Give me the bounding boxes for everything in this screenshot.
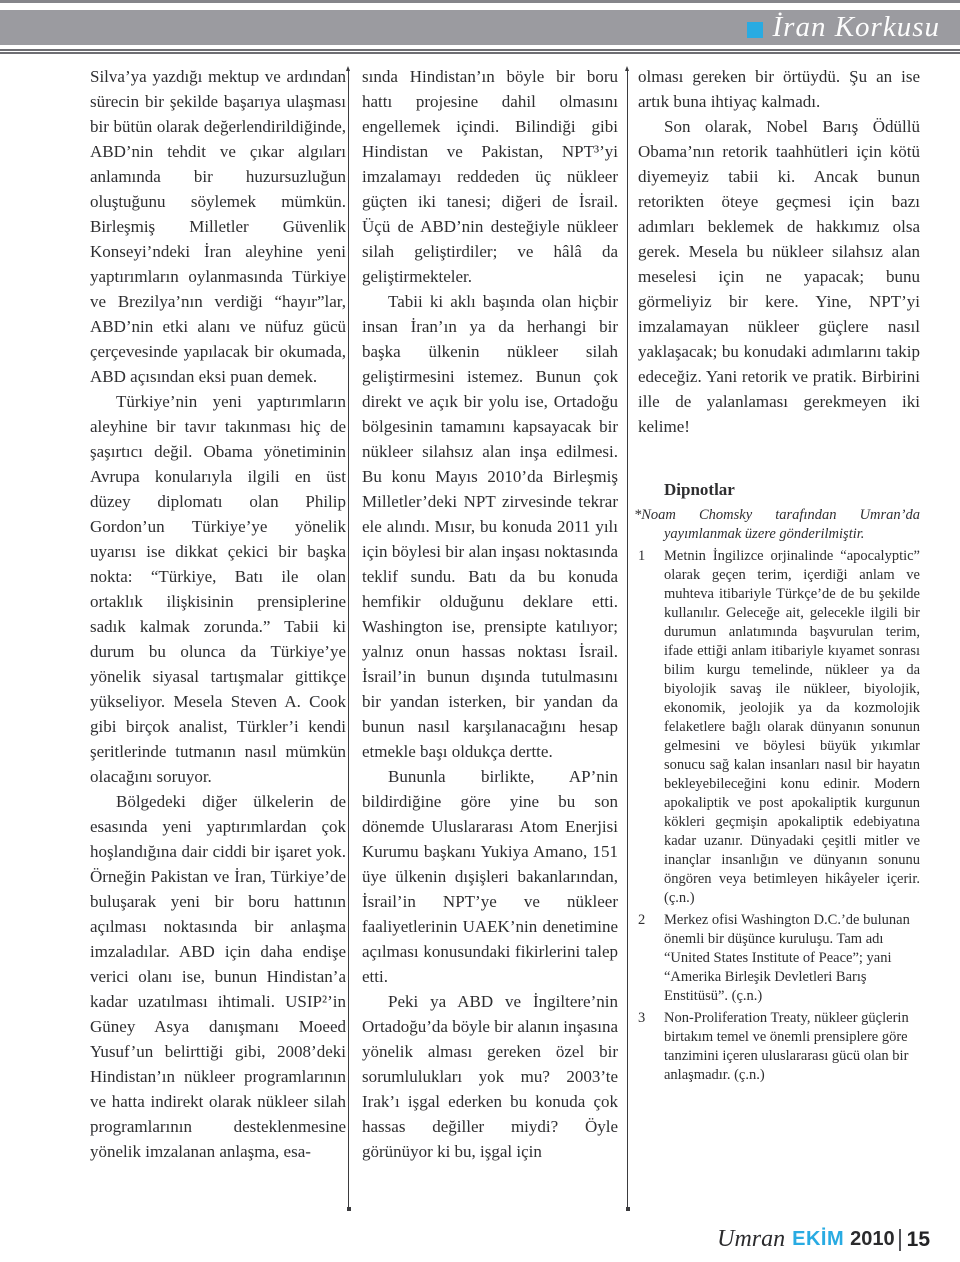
footnote-number: 3 <box>638 1009 664 1085</box>
paragraph: Bununla birlikte, AP’nin bildirdiğine gö… <box>362 764 618 989</box>
column-2: sında Hindistan’ın böyle bir boru hattı … <box>362 64 618 1164</box>
column-1: Silva’ya yazdığı mektup ve ardından süre… <box>90 64 346 1164</box>
top-rule <box>0 0 960 3</box>
page-footer: Umran EKİM 2010 15 <box>717 1226 930 1253</box>
footnote-item: 1 Metnin İngilizce orjinalinde “apocalyp… <box>638 547 920 908</box>
footnote-star: *Noam Chomsky tarafından Umran’da yayıml… <box>638 506 920 544</box>
magazine-page: İran Korkusu Silva’ya yazdığı mektup ve … <box>0 0 960 1262</box>
column-divider <box>627 70 628 1208</box>
paragraph: Türkiye’nin yeni yaptırımların aleyhine … <box>90 389 346 789</box>
header-underline-rule <box>0 49 960 54</box>
footnote-item: 2 Merkez ofisi Washington D.C.’de buluna… <box>638 911 920 1006</box>
paragraph: Son olarak, Nobel Barış Ödüllü Obama’nın… <box>638 114 920 439</box>
footnote-text: Non-Proliferation Treaty, nükleer güçler… <box>664 1009 920 1085</box>
issue-year: 2010 <box>850 1228 895 1251</box>
paragraph: Peki ya ABD ve İngiltere’nin Ortadoğu’da… <box>362 989 618 1164</box>
paragraph: olması gereken bir örtüydü. Şu an ise ar… <box>638 64 920 114</box>
footer-divider <box>899 1229 901 1251</box>
issue-month: EKİM <box>792 1228 844 1251</box>
paragraph: Tabii ki aklı başında olan hiçbir insan … <box>362 289 618 764</box>
footnotes-heading: Dipnotlar <box>638 477 920 502</box>
column-3: olması gereken bir örtüydü. Şu an ise ar… <box>638 64 920 1088</box>
header-band: İran Korkusu <box>0 10 960 45</box>
footnote-text: Merkez ofisi Washington D.C.’de bulunan … <box>664 911 920 1006</box>
page-number: 15 <box>907 1228 930 1252</box>
paragraph: sında Hindistan’ın böyle bir boru hattı … <box>362 64 618 289</box>
paragraph: Silva’ya yazdığı mektup ve ardından süre… <box>90 64 346 389</box>
footnote-text: Metnin İngilizce orjinalinde “apocalypti… <box>664 547 920 908</box>
footnote-number: 2 <box>638 911 664 1006</box>
bullet-square-icon <box>747 22 763 38</box>
magazine-name: Umran <box>717 1226 785 1253</box>
page-header-title: İran Korkusu <box>773 13 940 42</box>
column-divider <box>348 70 349 1208</box>
paragraph: Bölgedeki diğer ülkelerin de esasında ye… <box>90 789 346 1164</box>
footnote-item: 3 Non-Proliferation Treaty, nükleer güçl… <box>638 1009 920 1085</box>
footnote-number: 1 <box>638 547 664 908</box>
